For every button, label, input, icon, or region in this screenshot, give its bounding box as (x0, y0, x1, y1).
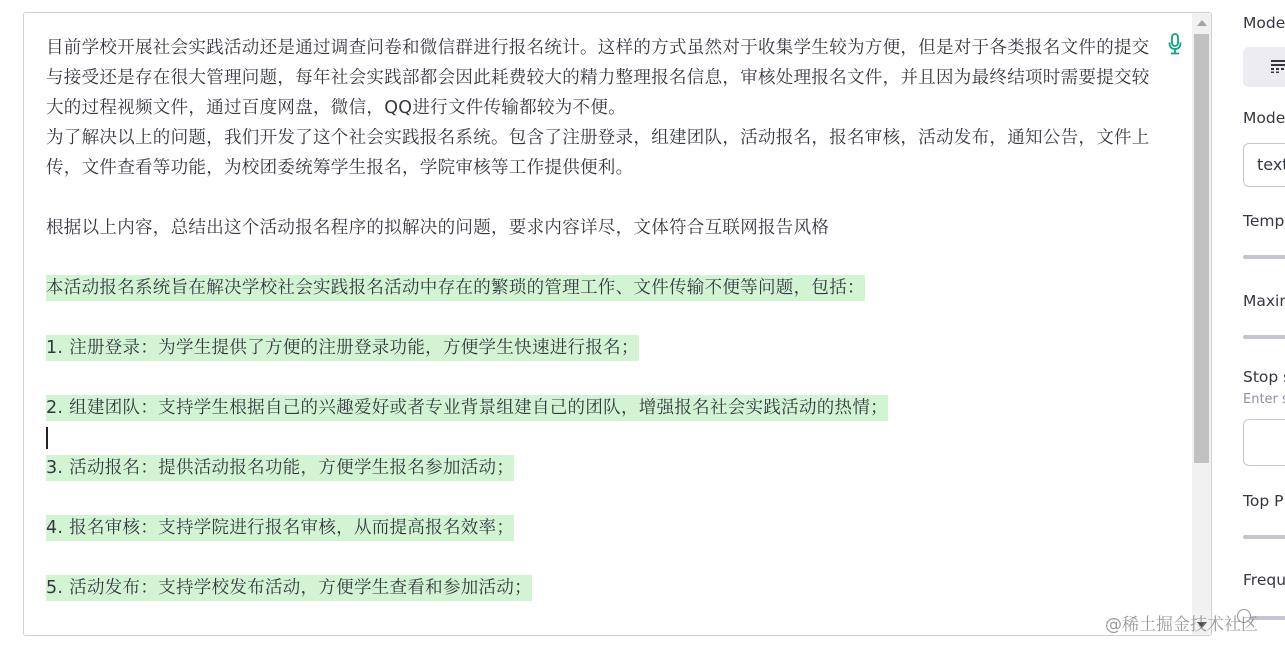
completion-item-2: 2. 组建团队：支持学生根据自己的兴趣爱好或者专业背景组建自己的团队，增强报名社… (46, 395, 888, 421)
arrow-down-icon (1197, 622, 1207, 628)
prompt-paragraph-1: 目前学校开展社会实践活动还是通过调查问卷和微信群进行报名统计。这样的方式虽然对于… (46, 33, 1156, 123)
slider-thumb[interactable] (1237, 609, 1251, 623)
mode-label: Mode (1243, 14, 1285, 32)
mode-insert-button[interactable] (1243, 47, 1285, 87)
temperature-label: Temperature (1243, 212, 1285, 230)
temperature-slider[interactable] (1243, 255, 1285, 259)
stop-sequences-hint: Enter sequence and press Tab (1243, 392, 1285, 407)
completion-item-4: 4. 报名审核：支持学院进行报名审核，从而提高报名效率； (46, 515, 514, 541)
text-caret (46, 427, 48, 449)
completion-item-3: 3. 活动报名：提供活动报名功能，方便学生报名参加活动； (46, 455, 514, 481)
stop-sequences-input[interactable] (1243, 419, 1285, 466)
stop-sequences-label: Stop sequences (1243, 368, 1285, 386)
prompt-editor[interactable]: 目前学校开展社会实践活动还是通过调查问卷和微信群进行报名统计。这样的方式虽然对于… (23, 12, 1212, 636)
blank-line (46, 483, 1156, 513)
blank-line (46, 363, 1156, 393)
completion-intro: 本活动报名系统旨在解决学校社会实践报名活动中存在的繁琐的管理工作、文件传输不便等… (46, 275, 865, 301)
top-p-label: Top P (1243, 492, 1283, 510)
frequency-penalty-slider[interactable] (1243, 616, 1285, 620)
frequency-penalty-label: Frequency penalty (1243, 571, 1285, 589)
prompt-instruction: 根据以上内容，总结出这个活动报名程序的拟解决的问题，要求内容详尽，文体符合互联网… (46, 213, 1156, 243)
blank-line (46, 243, 1156, 273)
top-p-slider[interactable] (1243, 535, 1285, 539)
insert-mode-icon (1271, 59, 1285, 73)
settings-panel: Mode Model text Temperature Maximum leng… (1243, 0, 1285, 652)
completion-item-1: 1. 注册登录：为学生提供了方便的注册登录功能，方便学生快速进行报名； (46, 335, 639, 361)
blank-line (46, 183, 1156, 213)
editor-scrollbar[interactable] (1192, 13, 1211, 635)
blank-line (46, 543, 1156, 573)
arrow-up-icon (1197, 20, 1207, 26)
scrollbar-thumb[interactable] (1194, 34, 1209, 463)
editor-content[interactable]: 目前学校开展社会实践活动还是通过调查问卷和微信群进行报名统计。这样的方式虽然对于… (46, 33, 1156, 603)
scroll-down-button[interactable] (1192, 615, 1211, 635)
model-select[interactable]: text (1243, 143, 1285, 187)
blank-line (46, 303, 1156, 333)
completion-item-5: 5. 活动发布：支持学校发布活动，方便学生查看和参加活动； (46, 575, 532, 601)
prompt-paragraph-2: 为了解决以上的问题，我们开发了这个社会实践报名系统。包含了注册登录，组建团队，活… (46, 123, 1156, 183)
scroll-up-button[interactable] (1192, 13, 1211, 33)
cursor-line (46, 423, 1156, 453)
playground-page: 目前学校开展社会实践活动还是通过调查问卷和微信群进行报名统计。这样的方式虽然对于… (0, 0, 1285, 652)
microphone-icon[interactable] (1167, 33, 1183, 55)
max-length-slider[interactable] (1243, 335, 1285, 339)
model-label: Model (1243, 109, 1285, 127)
max-length-label: Maximum length (1243, 292, 1285, 310)
